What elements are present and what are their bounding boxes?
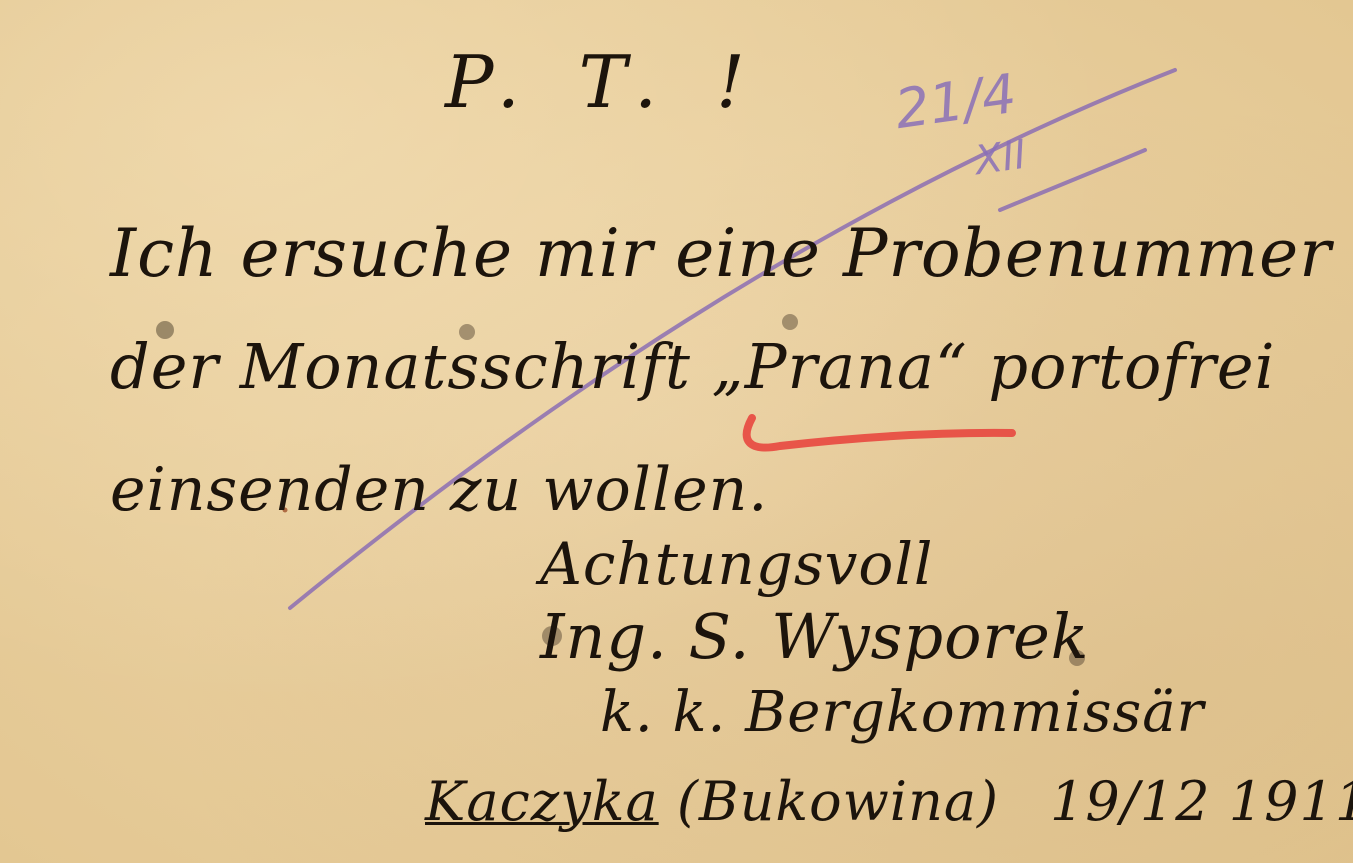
body-line-2: der Monatsschrift „Prana“ portofrei xyxy=(110,330,1275,403)
signature: Ing. S. Wysporek xyxy=(540,600,1089,673)
region: (Bukowina) xyxy=(677,770,999,833)
body-line-1: Ich ersuche mir eine Probenummer xyxy=(110,215,1332,292)
pencil-note-bottom: XII xyxy=(972,132,1029,185)
place-line: Kaczyka (Bukowina) xyxy=(425,770,999,833)
closing: Achtungsvoll xyxy=(540,530,933,598)
body-line-3: einsenden zu wollen. xyxy=(110,455,768,525)
pencil-note-top: 21/4 xyxy=(891,62,1020,141)
salutation: P. T. ! xyxy=(445,40,763,124)
date: 19/12 1911. xyxy=(1050,770,1353,833)
postcard: 21/4 XII P. T. ! Ich ersuche mir eine Pr… xyxy=(0,0,1353,863)
place-name: Kaczyka xyxy=(425,770,659,833)
signer-title: k. k. Bergkommissär xyxy=(600,680,1204,745)
